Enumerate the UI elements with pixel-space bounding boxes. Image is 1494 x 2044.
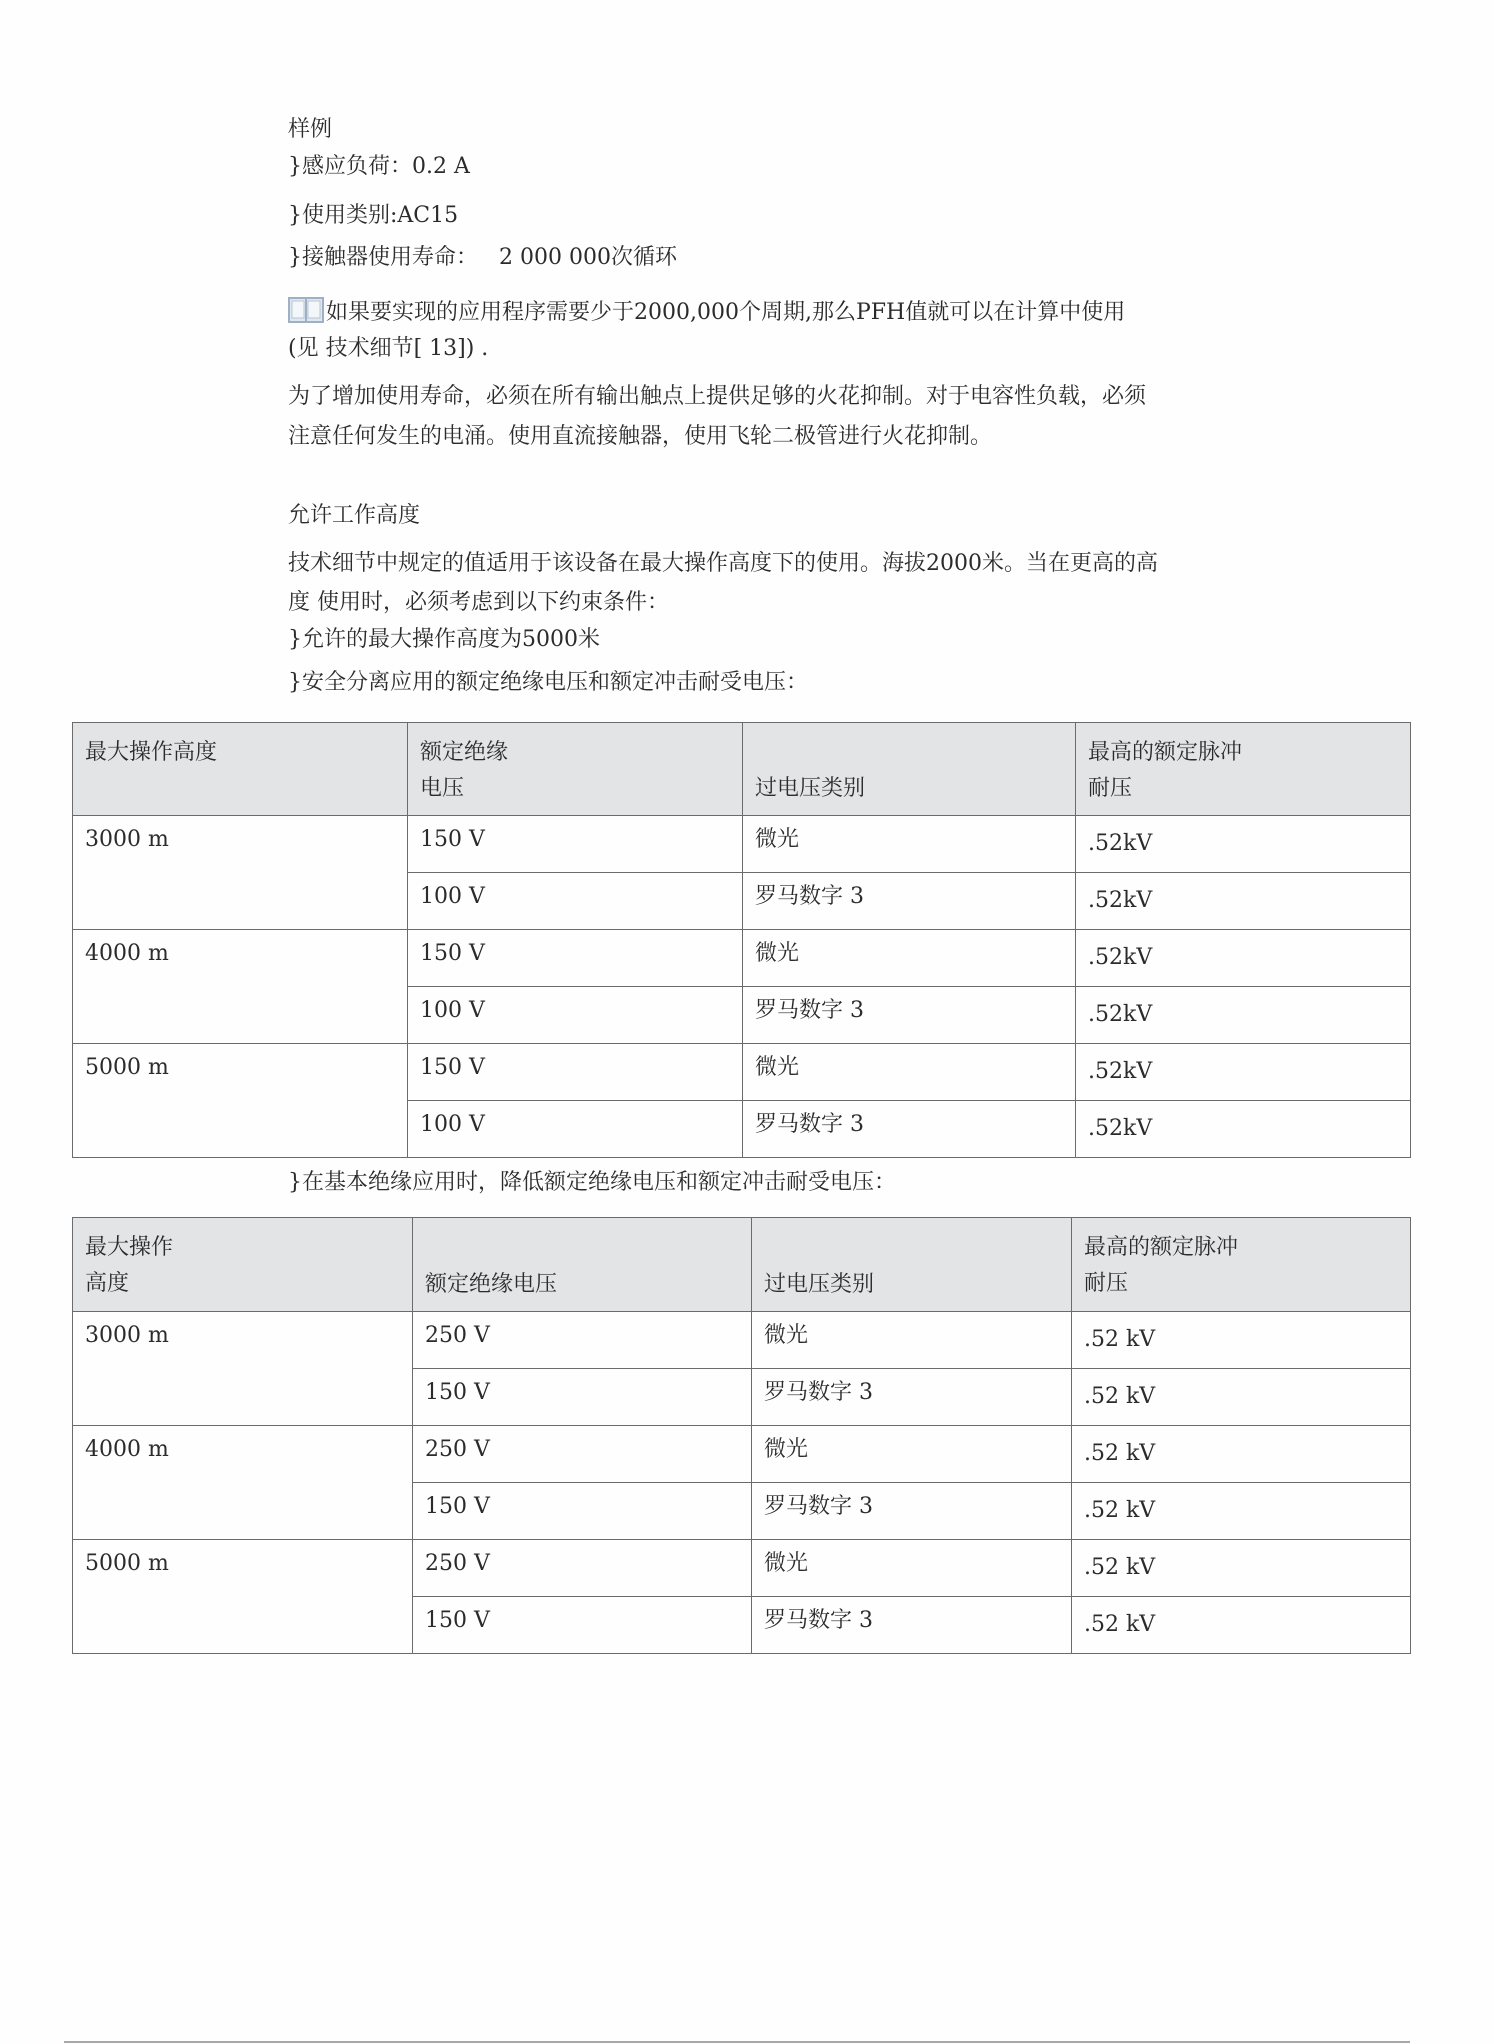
altitude-cell: 3000 m bbox=[73, 1312, 413, 1426]
category-cell: 微光 bbox=[752, 1426, 1072, 1483]
voltage-cell: 150 V bbox=[413, 1483, 752, 1540]
altitude-para-line-1: 技术细节中规定的值适用于该设备在最大操作高度下的使用。海拔2000米。当在更高的… bbox=[288, 551, 1158, 577]
impulse-cell: .52 kV bbox=[1072, 1540, 1411, 1597]
spark-line-1: 为了增加使用寿命，必须在所有输出触点上提供足够的火花抑制。对于电容性负载，必须 bbox=[288, 384, 1146, 410]
category-cell: 微光 bbox=[743, 930, 1076, 987]
impulse-cell: .52 kV bbox=[1072, 1369, 1411, 1426]
voltage-cell: 250 V bbox=[413, 1312, 752, 1369]
altitude-cell: 4000 m bbox=[73, 930, 408, 1044]
header-rated-insulation-voltage: 额定绝缘电压 bbox=[413, 1218, 752, 1312]
impulse-cell: .52kV bbox=[1076, 987, 1411, 1044]
table-row: 3000 m 150 V 微光 .52kV bbox=[73, 816, 1411, 873]
impulse-cell: .52 kV bbox=[1072, 1483, 1411, 1540]
spark-line-2: 注意任何发生的电涌。使用直流接触器，使用飞轮二极管进行火花抑制。 bbox=[288, 424, 992, 450]
category-cell: 罗马数字 3 bbox=[752, 1597, 1072, 1654]
table-row: 4000 m 150 V 微光 .52kV bbox=[73, 930, 1411, 987]
impulse-cell: .52kV bbox=[1076, 1101, 1411, 1158]
impulse-cell: .52kV bbox=[1076, 816, 1411, 873]
category-cell: 微光 bbox=[743, 816, 1076, 873]
voltage-cell: 150 V bbox=[413, 1369, 752, 1426]
altitude-bullet-max: }允许的最大操作高度为5000米 bbox=[288, 627, 600, 653]
example-heading: 样例 bbox=[288, 117, 332, 143]
impulse-cell: .52 kV bbox=[1072, 1312, 1411, 1369]
voltage-cell: 150 V bbox=[413, 1597, 752, 1654]
note-line-1: 如果要实现的应用程序需要少于2000,000个周期,那么PFH值就可以在计算中使… bbox=[288, 297, 1125, 326]
header-rated-impulse-voltage: 最高的额定脉冲 耐压 bbox=[1076, 723, 1411, 816]
header-overvoltage-category: 过电压类别 bbox=[752, 1218, 1072, 1312]
voltage-cell: 250 V bbox=[413, 1426, 752, 1483]
header-overvoltage-category: 过电压类别 bbox=[743, 723, 1076, 816]
table-row: 5000 m 150 V 微光 .52kV bbox=[73, 1044, 1411, 1101]
category-cell: 罗马数字 3 bbox=[743, 1101, 1076, 1158]
basic-insulation-table: 最大操作 高度 额定绝缘电压 过电压类别 最高的额定脉冲 耐压 3000 m 2… bbox=[72, 1217, 1411, 1654]
note-line-2: (见 技术细节[ 13]) . bbox=[288, 336, 488, 362]
example-item-load: }感应负荷：0.2 A bbox=[288, 154, 470, 180]
impulse-cell: .52kV bbox=[1076, 930, 1411, 987]
category-cell: 罗马数字 3 bbox=[752, 1483, 1072, 1540]
altitude-cell: 3000 m bbox=[73, 816, 408, 930]
header-rated-impulse-voltage: 最高的额定脉冲 耐压 bbox=[1072, 1218, 1411, 1312]
altitude-cell: 5000 m bbox=[73, 1540, 413, 1654]
impulse-cell: .52kV bbox=[1076, 1044, 1411, 1101]
impulse-cell: .52kV bbox=[1076, 873, 1411, 930]
example-item-category: }使用类别:AC15 bbox=[288, 203, 458, 229]
voltage-cell: 250 V bbox=[413, 1540, 752, 1597]
impulse-cell: .52 kV bbox=[1072, 1426, 1411, 1483]
voltage-cell: 100 V bbox=[408, 987, 743, 1044]
header-max-altitude: 最大操作 高度 bbox=[73, 1218, 413, 1312]
table-row: 3000 m 250 V 微光 .52 kV bbox=[73, 1312, 1411, 1369]
voltage-cell: 150 V bbox=[408, 930, 743, 987]
category-cell: 罗马数字 3 bbox=[752, 1369, 1072, 1426]
voltage-cell: 150 V bbox=[408, 1044, 743, 1101]
category-cell: 罗马数字 3 bbox=[743, 987, 1076, 1044]
category-cell: 罗马数字 3 bbox=[743, 873, 1076, 930]
impulse-cell: .52 kV bbox=[1072, 1597, 1411, 1654]
altitude-heading: 允许工作高度 bbox=[288, 503, 420, 529]
voltage-cell: 100 V bbox=[408, 1101, 743, 1158]
header-rated-insulation-voltage: 额定绝缘 电压 bbox=[408, 723, 743, 816]
category-cell: 微光 bbox=[743, 1044, 1076, 1101]
category-cell: 微光 bbox=[752, 1540, 1072, 1597]
table-row: 4000 m 250 V 微光 .52 kV bbox=[73, 1426, 1411, 1483]
book-icon bbox=[288, 297, 324, 323]
altitude-cell: 5000 m bbox=[73, 1044, 408, 1158]
safe-separation-table: 最大操作高度 额定绝缘 电压 过电压类别 最高的额定脉冲 耐压 3000 m 1… bbox=[72, 722, 1411, 1158]
example-item-lifetime: }接触器使用寿命： 2 000 000次循环 bbox=[288, 245, 677, 271]
altitude-para-line-2: 度 使用时，必须考虑到以下约束条件： bbox=[288, 590, 669, 616]
voltage-cell: 100 V bbox=[408, 873, 743, 930]
footer-divider bbox=[64, 2041, 1410, 2043]
altitude-cell: 4000 m bbox=[73, 1426, 413, 1540]
category-cell: 微光 bbox=[752, 1312, 1072, 1369]
note-text-1: 如果要实现的应用程序需要少于2000,000个周期,那么PFH值就可以在计算中使… bbox=[326, 300, 1125, 325]
header-max-altitude: 最大操作高度 bbox=[73, 723, 408, 816]
voltage-cell: 150 V bbox=[408, 816, 743, 873]
table-row: 5000 m 250 V 微光 .52 kV bbox=[73, 1540, 1411, 1597]
altitude-bullet-safe-separation: }安全分离应用的额定绝缘电压和额定冲击耐受电压： bbox=[288, 670, 808, 696]
basic-insulation-note: }在基本绝缘应用时，降低额定绝缘电压和额定冲击耐受电压： bbox=[288, 1170, 896, 1196]
